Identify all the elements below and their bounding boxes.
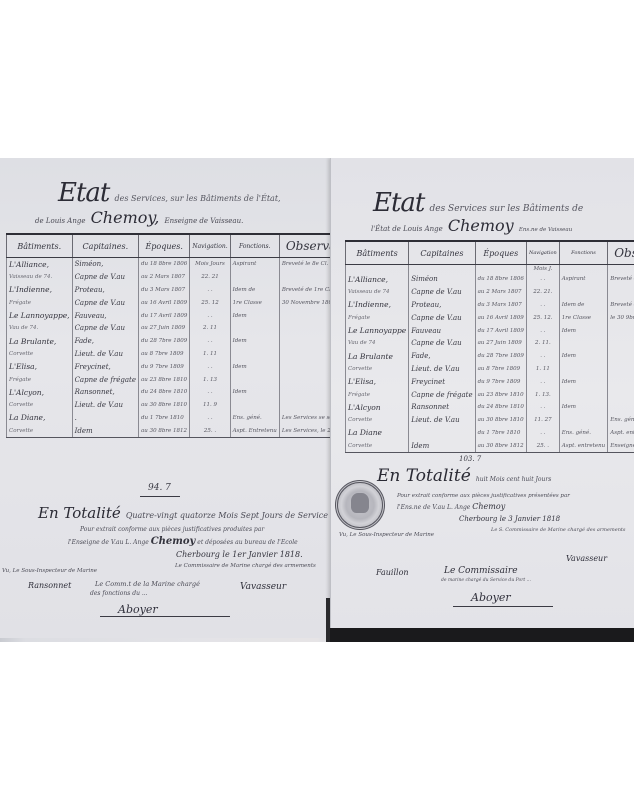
table-row: L'AlcyonRansonnetdu 24 8bre 1810. .Idem: [346, 401, 634, 414]
captain-cell: Capne de V.au: [409, 311, 475, 324]
left-header-row: Bâtiments. Capitaines. Époques. Navigati…: [7, 234, 375, 258]
captain-cell: .: [72, 412, 138, 425]
captain-cell: Proteau,: [409, 299, 475, 312]
dates-cell: du 18 8bre 1806: [475, 273, 526, 286]
right-subtitle-prefix: l'État de Louis Ange: [371, 225, 443, 233]
function-cell: [230, 348, 279, 361]
right-commissaire-sub: de marine chargé du Service du Port ...: [441, 578, 531, 583]
captain-cell: Siméon,: [72, 258, 138, 271]
ship-cell: Vaisseau de 74: [346, 286, 409, 299]
function-cell: Idem: [559, 350, 607, 363]
col-fonctions: Fonctions.: [230, 234, 279, 258]
left-certification-1: Pour extrait conforme aux pièces justifi…: [80, 526, 264, 533]
captain-cell: Proteau,: [72, 284, 138, 297]
col-capitaines: Capitaines.: [72, 234, 138, 258]
observation-cell: [608, 388, 634, 401]
captain-cell: Capne de V.au: [409, 286, 475, 299]
dates-cell: au 30 8bre 1810: [475, 414, 526, 427]
navigation-cell: 1. 11: [526, 363, 559, 376]
dates-cell: au 30 8bre 1812: [139, 424, 190, 437]
col-batiments: Bâtiments: [346, 241, 409, 265]
ship-cell: Corvette: [7, 399, 73, 412]
navigation-cell: . .: [190, 360, 230, 373]
captain-cell: Lieut. de V.au: [409, 363, 475, 376]
dates-cell: du 3 Mars 1807: [139, 284, 190, 297]
observation-cell: Ens. géné. le 1 7bre 1811: [608, 414, 634, 427]
nav-unit-label: Mois J.: [526, 265, 559, 274]
navigation-cell: 25. .: [526, 439, 559, 452]
right-total-line: En Totalité huit Mois cent huit Jours: [377, 466, 551, 486]
function-cell: Idem: [559, 324, 607, 337]
table-row: Vaisseau de 74.Capne de V.auau 2 Mars 18…: [7, 271, 375, 284]
empty-cell: [608, 265, 634, 274]
navigation-cell: 25. 12: [190, 296, 230, 309]
function-cell: Ens. géné.: [559, 427, 607, 440]
right-cert-prefix: l'Ens.ne de V.au L. Ange: [397, 504, 470, 511]
col-navigation: Navigation: [526, 241, 559, 265]
captain-cell: Capne de V.au: [409, 337, 475, 350]
navigation-cell: . .: [526, 427, 559, 440]
dates-cell: du 24 8bre 1810: [475, 401, 526, 414]
dates-cell: du 9 7bre 1809: [139, 360, 190, 373]
function-cell: [230, 322, 279, 335]
function-cell: Idem de: [559, 299, 607, 312]
dates-cell: au 2 Mars 1807: [475, 286, 526, 299]
table-row: CorvetteLieut. de V.auau 30 8bre 181011.…: [7, 399, 375, 412]
navigation-cell: . .: [526, 401, 559, 414]
right-header-row: Bâtiments Capitaines Époques Navigation …: [346, 241, 634, 265]
nav-unit-row: Mois J.: [346, 265, 634, 274]
right-subtitle-suffix: Ens.ne de Vaisseau: [519, 227, 572, 233]
navigation-cell: . .: [526, 299, 559, 312]
ship-cell: L'Indienne,: [346, 299, 409, 312]
captain-cell: Lieut. de V.au: [409, 414, 475, 427]
function-cell: Idem: [230, 386, 279, 399]
col-fonctions: Fonctions: [559, 241, 607, 265]
captain-cell: Idem: [72, 424, 138, 437]
right-title-word: Etat: [373, 188, 424, 218]
ship-cell: Corvette: [346, 414, 409, 427]
function-cell: 1re Classe: [230, 296, 279, 309]
table-row: Le LannoyappeFauveaudu 17 Avril 1809. .I…: [346, 324, 634, 337]
captain-cell: [409, 427, 475, 440]
eagle-emblem-icon: [351, 493, 369, 513]
right-cert-name: Chemoy: [472, 502, 505, 511]
captain-cell: Lieut. de V.au: [72, 399, 138, 412]
observation-cell: [608, 286, 634, 299]
observation-cell: [608, 375, 634, 388]
function-cell: [559, 286, 607, 299]
navigation-cell: 25. .: [190, 424, 230, 437]
dates-cell: au 23 8bre 1810: [139, 373, 190, 386]
function-cell: Aspt. entretenu: [559, 439, 607, 452]
ship-cell: Corvette: [346, 439, 409, 452]
table-row: L'Indienne,Proteau,du 3 Mars 1807. .Idem…: [7, 284, 375, 297]
left-commandant-line2: des fonctions du ...: [90, 590, 148, 597]
captain-cell: Capne de frégate: [72, 373, 138, 386]
function-cell: Idem: [230, 360, 279, 373]
navigation-cell: . .: [190, 284, 230, 297]
right-certification-2: l'Ens.ne de V.au L. Ange Chemoy: [397, 502, 505, 511]
table-row: La Dianedu 1 7bre 1810. .Ens. géné.Aspt.…: [346, 427, 634, 440]
navigation-cell: 1. 11: [190, 348, 230, 361]
table-row: L'Elisa,Freycinetdu 9 7bre 1809. .Idem: [346, 375, 634, 388]
navigation-cell: 22. 21: [190, 271, 230, 284]
captain-cell: Freycinet,: [72, 360, 138, 373]
page-edge-shadow: [326, 598, 330, 642]
right-certification-1: Pour extrait conforme aux pièces justifi…: [397, 493, 570, 499]
ship-cell: L'Elisa,: [346, 375, 409, 388]
function-cell: Ens. géné.: [230, 412, 279, 425]
function-cell: Aspirant: [230, 258, 279, 271]
col-epoques: Époques: [475, 241, 526, 265]
navigation-cell: . .: [190, 309, 230, 322]
table-row: L'Elisa,Freycinet,du 9 7bre 1809. .Idem: [7, 360, 375, 373]
function-cell: Idem: [559, 375, 607, 388]
document-photograph: Etat des Services, sur les Bâtiments de …: [0, 158, 634, 642]
navigation-cell: 2. 11: [190, 322, 230, 335]
left-total-underline: [140, 496, 180, 497]
table-row: Vau de 74Capne de V.auau 27 Juin 18092. …: [346, 337, 634, 350]
left-cert-name: Chemoy: [151, 536, 196, 547]
function-cell: [559, 388, 607, 401]
left-sheet: Etat des Services, sur les Bâtiments de …: [0, 158, 330, 638]
left-title-name: Chemoy,: [91, 208, 160, 227]
ship-cell: L'Elisa,: [7, 360, 73, 373]
table-row: CorvetteIdemau 30 8bre 181225. .Aspt. En…: [7, 424, 375, 437]
col-capitaines: Capitaines: [409, 241, 475, 265]
navigation-cell: . .: [190, 335, 230, 348]
left-cert-suffix: et déposées au bureau de l'Ecole: [197, 539, 297, 546]
right-signature-aboyer: Aboyer: [471, 591, 511, 604]
ship-cell: Frégate: [346, 388, 409, 401]
table-row: FrégateCapne de V.auau 16 Avril 180925. …: [7, 296, 375, 309]
left-total-text: Quatre-vingt quatorze Mois Sept Jours de…: [126, 511, 328, 520]
function-cell: [230, 399, 279, 412]
observation-cell: Enseigne de V.au ...: [608, 439, 634, 452]
ship-cell: Corvette: [7, 348, 73, 361]
ship-cell: Corvette: [346, 363, 409, 376]
empty-cell: [346, 265, 409, 274]
function-cell: Aspirant: [559, 273, 607, 286]
left-subtitle-prefix: de Louis Ange: [35, 217, 85, 225]
left-signature-ransonnet: Ransonnet: [28, 581, 71, 590]
ship-cell: L'Alcyon: [346, 401, 409, 414]
observation-cell: le 30 9bre 1806.: [608, 311, 634, 324]
observation-cell: Breveté de 1re Classe: [608, 299, 634, 312]
captain-cell: Lieut. de V.au: [72, 348, 138, 361]
dates-cell: du 9 7bre 1809: [475, 375, 526, 388]
function-cell: Idem de: [230, 284, 279, 297]
observation-cell: [608, 401, 634, 414]
captain-cell: Capne de V.au: [72, 271, 138, 284]
dates-cell: du 1 7bre 1810: [475, 427, 526, 440]
left-cert-prefix: l'Enseigne de V.au L. Ange: [68, 539, 149, 546]
observation-cell: [608, 337, 634, 350]
captain-cell: Fauveau: [409, 324, 475, 337]
ship-cell: Corvette: [7, 424, 73, 437]
ship-cell: Frégate: [7, 296, 73, 309]
left-subtitle-suffix: Enseigne de Vaisseau.: [164, 217, 243, 225]
table-row: L'Indienne,Proteau,du 3 Mars 1807. .Idem…: [346, 299, 634, 312]
captain-cell: Fade,: [409, 350, 475, 363]
captain-cell: Siméon: [409, 273, 475, 286]
left-total-mark: 94. 7: [148, 483, 171, 493]
page-shadow: [330, 628, 634, 642]
right-commissaire-title: Le Commissaire: [444, 566, 518, 576]
empty-cell: [409, 265, 475, 274]
table-row: Le Lannoyappe,Fauveau,du 17 Avril 1809. …: [7, 309, 375, 322]
observation-cell: [608, 363, 634, 376]
navigation-cell: . .: [526, 350, 559, 363]
table-row: Vaisseau de 74Capne de V.auau 2 Mars 180…: [346, 286, 634, 299]
dates-cell: au 8 7bre 1809: [475, 363, 526, 376]
function-cell: Idem: [230, 335, 279, 348]
navigation-cell: . .: [526, 375, 559, 388]
dates-cell: au 27 Juin 1809: [475, 337, 526, 350]
captain-cell: Freycinet: [409, 375, 475, 388]
table-row: CorvetteLieut. de V.auau 30 8bre 181011.…: [346, 414, 634, 427]
ship-cell: Vaisseau de 74.: [7, 271, 73, 284]
captain-cell: Capne de V.au: [72, 322, 138, 335]
captain-cell: Fauveau,: [72, 309, 138, 322]
navigation-cell: Mois Jours: [190, 258, 230, 271]
ship-cell: L'Alliance,: [7, 258, 73, 271]
left-ledger-body: L'Alliance,Siméon,du 18 8bre 1806Mois Jo…: [7, 258, 375, 438]
dates-cell: du 3 Mars 1807: [475, 299, 526, 312]
ship-cell: L'Alliance,: [346, 273, 409, 286]
navigation-cell: 11. 9: [190, 399, 230, 412]
table-row: CorvetteLieut. de V.auau 8 7bre 18091. 1…: [346, 363, 634, 376]
navigation-cell: . .: [526, 273, 559, 286]
dates-cell: du 1 7bre 1810: [139, 412, 190, 425]
navigation-cell: . .: [526, 324, 559, 337]
navigation-cell: 25. 12.: [526, 311, 559, 324]
col-observations: Observations: [608, 241, 634, 265]
navigation-cell: 2. 11.: [526, 337, 559, 350]
col-navigation: Navigation.: [190, 234, 230, 258]
left-total-line: En Totalité Quatre-vingt quatorze Mois S…: [38, 503, 328, 522]
captain-cell: Idem: [409, 439, 475, 452]
captain-cell: Ransonnet: [409, 401, 475, 414]
right-title-name: Chemoy: [448, 216, 514, 235]
captain-cell: Capne de frégate: [409, 388, 475, 401]
table-row: L'Alliance,Siméon,du 18 8bre 1806Mois Jo…: [7, 258, 375, 271]
ship-cell: L'Indienne,: [7, 284, 73, 297]
left-vu-line: Vu, Le Sous-Inspecteur de Marine: [2, 568, 97, 574]
ship-cell: L'Alcyon,: [7, 386, 73, 399]
right-sheet: Etat des Services sur les Bâtiments de l…: [330, 158, 634, 628]
right-title: Etat des Services sur les Bâtiments de: [373, 188, 583, 218]
left-signature-aboyer: Aboyer: [118, 603, 158, 616]
left-en-totalite: En Totalité: [38, 504, 121, 522]
ship-cell: Le Lannoyappe,: [7, 309, 73, 322]
dates-cell: au 2 Mars 1807: [139, 271, 190, 284]
left-signature-vavasseur: Vavasseur: [240, 582, 286, 592]
ship-cell: La Diane,: [7, 412, 73, 425]
left-title-rest: des Services, sur les Bâtiments de l'Éta…: [114, 194, 280, 203]
function-cell: Idem: [230, 309, 279, 322]
left-commandant-line: Le Comm.t de la Marine chargé: [95, 580, 200, 588]
dates-cell: du 28 7bre 1809: [139, 335, 190, 348]
right-place-date: Cherbourg le 3 Janvier 1818: [459, 515, 560, 523]
ship-cell: Frégate: [346, 311, 409, 324]
ship-cell: La Brulante,: [7, 335, 73, 348]
table-row: L'Alcyon,Ransonnet,du 24 8bre 1810. .Ide…: [7, 386, 375, 399]
table-row: FrégateCapne de frégateau 23 8bre 18101.…: [7, 373, 375, 386]
captain-cell: Ransonnet,: [72, 386, 138, 399]
captain-cell: Capne de V.au: [72, 296, 138, 309]
ship-cell: Frégate: [7, 373, 73, 386]
dates-cell: au 27 Juin 1809: [139, 322, 190, 335]
navigation-cell: 1. 13: [190, 373, 230, 386]
navigation-cell: 11. 27: [526, 414, 559, 427]
dates-cell: du 28 7bre 1809: [475, 350, 526, 363]
function-cell: [559, 414, 607, 427]
table-row: FrégateCapne de V.auau 16 Avril 180925. …: [346, 311, 634, 324]
table-row: L'Alliance,Siméondu 18 8bre 1806. .Aspir…: [346, 273, 634, 286]
right-ledger-body: Mois J.L'Alliance,Siméondu 18 8bre 1806.…: [346, 265, 634, 453]
function-cell: [559, 337, 607, 350]
right-title-rest: des Services sur les Bâtiments de: [429, 204, 583, 214]
navigation-cell: 22. 21.: [526, 286, 559, 299]
right-ledger-table: Bâtiments Capitaines Époques Navigation …: [345, 240, 634, 453]
table-row: La Brulante,Fade,du 28 7bre 1809. .Idem: [7, 335, 375, 348]
right-en-totalite: En Totalité: [377, 466, 471, 486]
function-cell: Aspt. Entretenu: [230, 424, 279, 437]
right-vu-line: Vu, Le Sous-Inspecteur de Marine: [339, 532, 434, 538]
left-commissaire-line: Le Commissaire de Marine chargé des arme…: [175, 563, 316, 569]
dates-cell: du 17 Avril 1809: [139, 309, 190, 322]
right-signature-flourish: [453, 606, 553, 607]
right-commissaire-line: Le S. Commissaire de Marine chargé des a…: [491, 527, 626, 533]
ship-cell: Le Lannoyappe: [346, 324, 409, 337]
table-row: CorvetteLieut. de V.auau 8 7bre 18091. 1…: [7, 348, 375, 361]
dates-cell: au 8 7bre 1809: [139, 348, 190, 361]
official-seal-icon: [335, 480, 385, 530]
left-title-word: Etat: [58, 178, 109, 208]
function-cell: Idem: [559, 401, 607, 414]
function-cell: [230, 271, 279, 284]
navigation-cell: 1. 13.: [526, 388, 559, 401]
observation-cell: Aspt. entretenu le 18 8bre 1810: [608, 427, 634, 440]
ship-cell: Vau de 74.: [7, 322, 73, 335]
right-signature-fauillon: Fauillon: [376, 568, 409, 577]
col-batiments: Bâtiments.: [7, 234, 73, 258]
dates-cell: au 16 Avril 1809: [139, 296, 190, 309]
right-signature-vavasseur: Vavasseur: [566, 554, 607, 563]
dates-cell: du 24 8bre 1810: [139, 386, 190, 399]
ship-cell: Vau de 74: [346, 337, 409, 350]
captain-cell: Fade,: [72, 335, 138, 348]
left-place-date: Cherbourg le 1er Janvier 1818.: [176, 550, 303, 559]
function-cell: [230, 373, 279, 386]
ship-cell: La Diane: [346, 427, 409, 440]
left-signature-flourish: [100, 616, 230, 617]
table-row: La BrulanteFade,du 28 7bre 1809. .Idem: [346, 350, 634, 363]
navigation-cell: . .: [190, 412, 230, 425]
table-row: CorvetteIdemau 30 8bre 181225. .Aspt. en…: [346, 439, 634, 452]
dates-cell: au 23 8bre 1810: [475, 388, 526, 401]
navigation-cell: . .: [190, 386, 230, 399]
left-title: Etat des Services, sur les Bâtiments de …: [58, 178, 281, 208]
table-row: La Diane,.du 1 7bre 1810. .Ens. géné.Les…: [7, 412, 375, 425]
left-ledger-table: Bâtiments. Capitaines. Époques. Navigati…: [6, 233, 375, 438]
table-row: FrégateCapne de frégateau 23 8bre 18101.…: [346, 388, 634, 401]
right-total-text: huit Mois cent huit Jours: [476, 476, 552, 483]
dates-cell: au 30 8bre 1810: [139, 399, 190, 412]
right-total-mark: 103. 7: [459, 455, 481, 463]
left-subtitle: de Louis Ange Chemoy, Enseigne de Vaisse…: [35, 208, 243, 227]
empty-cell: [559, 265, 607, 274]
dates-cell: au 30 8bre 1812: [475, 439, 526, 452]
dates-cell: du 18 8bre 1806: [139, 258, 190, 271]
col-epoques: Époques.: [139, 234, 190, 258]
function-cell: [559, 363, 607, 376]
observation-cell: Breveté de 2e Cl. le 2 8bre 1806: [608, 273, 634, 286]
ship-cell: La Brulante: [346, 350, 409, 363]
observation-cell: [608, 324, 634, 337]
left-certification-2: l'Enseigne de V.au L. Ange Chemoy et dép…: [68, 536, 298, 547]
dates-cell: au 16 Avril 1809: [475, 311, 526, 324]
empty-cell: [475, 265, 526, 274]
function-cell: 1re Classe: [559, 311, 607, 324]
table-row: Vau de 74.Capne de V.auau 27 Juin 18092.…: [7, 322, 375, 335]
observation-cell: [608, 350, 634, 363]
dates-cell: du 17 Avril 1809: [475, 324, 526, 337]
right-subtitle: l'État de Louis Ange Chemoy Ens.ne de Va…: [371, 216, 572, 235]
